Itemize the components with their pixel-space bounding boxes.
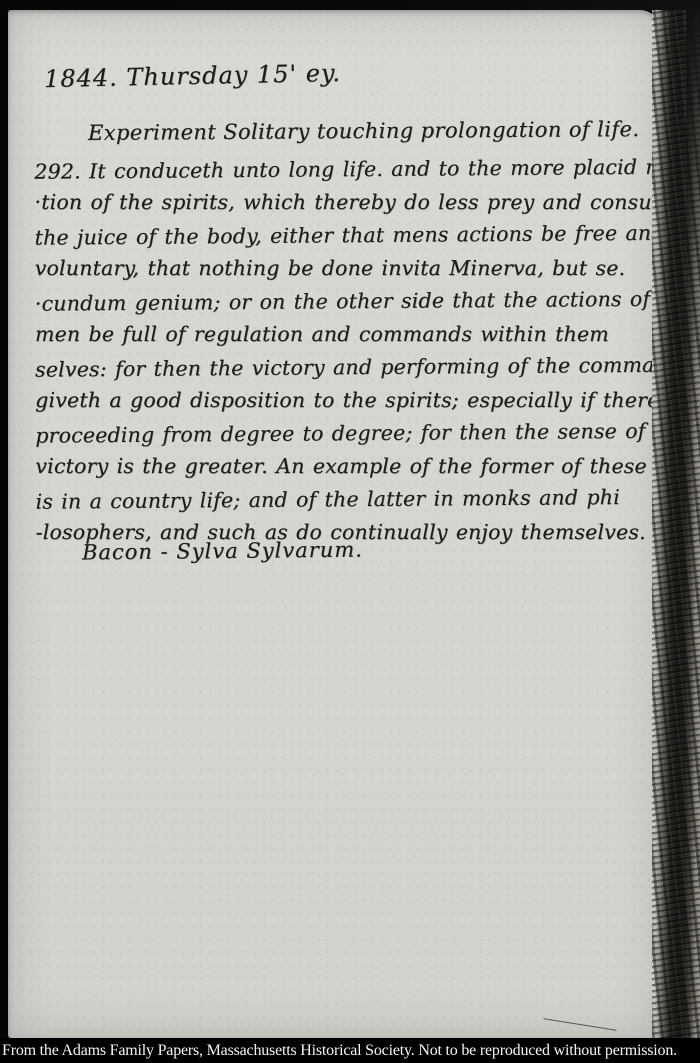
manuscript-line: selves: for then the victory and perform… xyxy=(35,348,700,386)
manuscript-line: ·cundum genium; or on the other side tha… xyxy=(35,282,700,320)
copyright-bar: From the Adams Family Papers, Massachuse… xyxy=(0,1038,700,1063)
manuscript-line: voluntary, that nothing be done invita M… xyxy=(35,252,700,285)
manuscript-line: giveth a good disposition to the spirits… xyxy=(35,384,700,417)
handwritten-attribution: Bacon - Sylva Sylvarum. xyxy=(82,538,363,565)
scanned-page-frame: 1844. Thursday 15' ey. Experiment Solita… xyxy=(0,0,700,1063)
binding-top-shadow xyxy=(686,0,700,420)
handwritten-date: 1844. Thursday 15' ey. xyxy=(44,59,341,93)
manuscript-line: the juice of the body, either that mens … xyxy=(34,216,700,254)
manuscript-line: proceeding from degree to degree; for th… xyxy=(35,414,700,452)
manuscript-line: is in a country life; and of the latter … xyxy=(35,480,700,518)
manuscript-line: 292. It conduceth unto long life. and to… xyxy=(34,150,700,188)
manuscript-line: victory is the greater. An example of th… xyxy=(35,450,700,483)
manuscript-body: 292. It conduceth unto long life. and to… xyxy=(34,152,700,550)
manuscript-line: ·tion of the spirits, which thereby do l… xyxy=(34,186,700,219)
scan-frame-top-edge xyxy=(0,0,700,10)
manuscript-line: men be full of regulation and commands w… xyxy=(35,318,700,351)
handwritten-title: Experiment Solitary touching prolongatio… xyxy=(88,117,640,145)
copyright-caption: From the Adams Family Papers, Massachuse… xyxy=(0,1042,677,1060)
paper-sheet: 1844. Thursday 15' ey. Experiment Solita… xyxy=(8,10,660,1038)
